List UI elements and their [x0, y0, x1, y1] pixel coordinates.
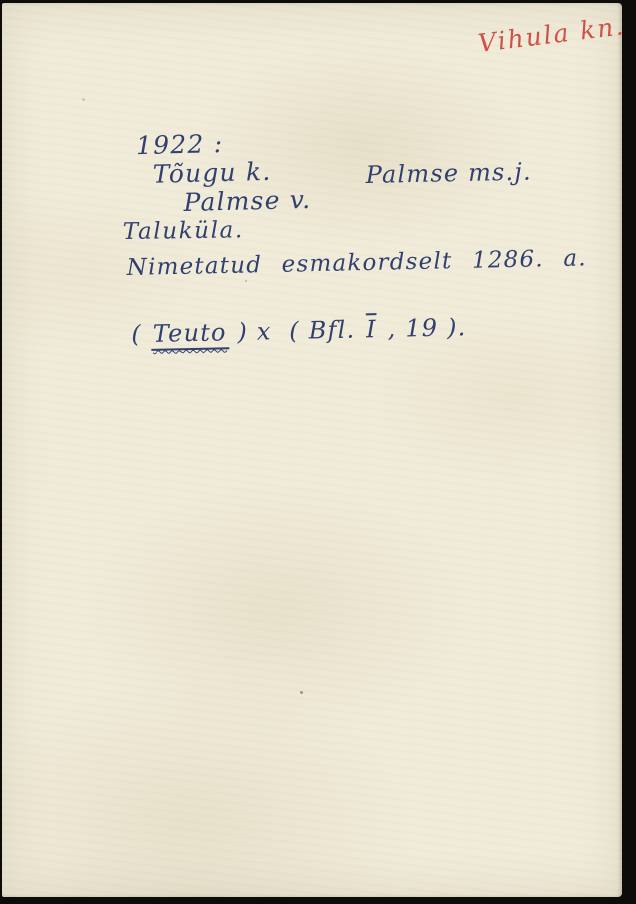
- index-card: Vihula kn. 1922 : Tõugu k. Palmse v. Pal…: [2, 3, 622, 897]
- source-reference-line: ( Teuto ) x ( Bfl. I , 19 ).: [95, 285, 467, 380]
- parish-name: Palmse v.: [183, 185, 311, 217]
- ref-open-paren: (: [131, 320, 151, 348]
- ref-middle: ) x ( Bfl.: [228, 315, 364, 346]
- manor-line: Palmse ms.j.: [365, 158, 532, 189]
- settlement-type-line: Taluküla.: [123, 217, 244, 245]
- village-name: Tõugu k.: [152, 157, 271, 189]
- paper-speck: [82, 98, 85, 101]
- corner-annotation: Vihula kn.: [476, 11, 626, 58]
- first-mention-line: Nimetatud esmakordselt 1286. a.: [126, 245, 587, 281]
- scanner-background: { "card": { "corner_annotation": "Vihula…: [0, 0, 636, 904]
- historic-name: Teuto: [150, 318, 229, 351]
- ref-tail: , 19 ).: [378, 313, 466, 343]
- paper-speck: [245, 280, 247, 282]
- year-label: 1922 :: [136, 129, 224, 160]
- roman-numeral: I: [364, 315, 379, 343]
- paper-speck: [300, 691, 303, 694]
